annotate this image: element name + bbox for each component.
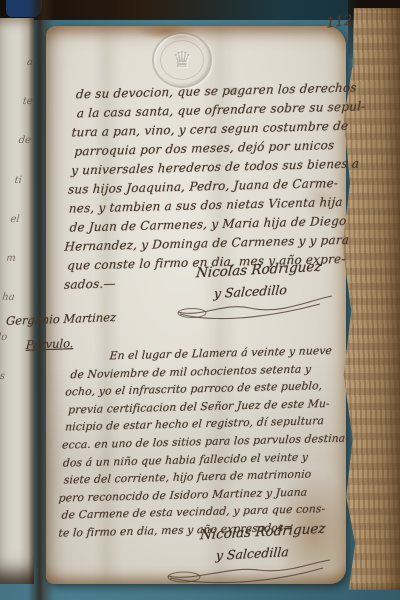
page-number: 112: [325, 12, 353, 31]
manuscript-photo: ate deti elm halo asel rey deal ♛ 112 de…: [0, 0, 400, 600]
crown-icon: ♛: [172, 48, 192, 73]
embossed-crown-seal: ♛: [152, 32, 212, 88]
seal-inner-ring: ♛: [160, 40, 204, 80]
entry-burial-text: En el lugar de Llamera á veinte y nueve …: [58, 341, 355, 542]
margin-note-entry-type: Parvulo.: [26, 336, 74, 352]
